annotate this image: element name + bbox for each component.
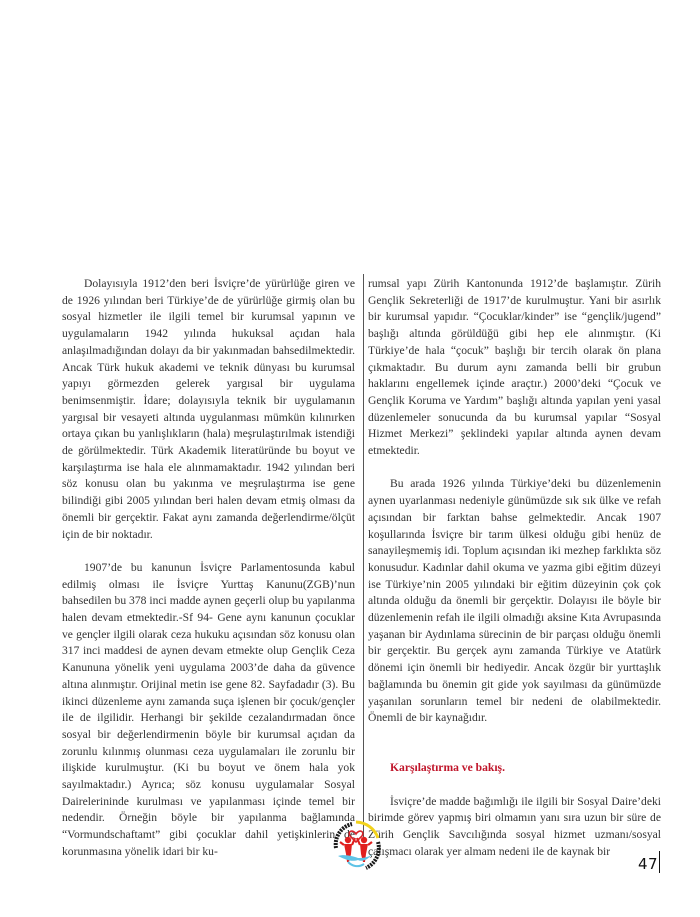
children-heart-dove-logo-icon: [328, 818, 384, 874]
paragraph-spacer: [368, 727, 661, 744]
paragraph-spacer: [368, 777, 661, 794]
paragraph-continued: rumsal yapı Zürih Kantonunda 1912’de baş…: [368, 276, 661, 460]
section-heading: Karşılaştırma ve bakış.: [368, 760, 661, 777]
column-divider: [363, 274, 364, 837]
page-number-rule: [659, 851, 660, 873]
paragraph: 1907’de bu kanunun İsviçre Parlamentosun…: [62, 560, 355, 861]
right-column: rumsal yapı Zürih Kantonunda 1912’de baş…: [368, 276, 661, 861]
paragraph: Dolayısıyla 1912’den beri İsviçre’de yür…: [62, 276, 355, 543]
paragraph: Bu arada 1926 yılında Türkiye’deki bu dü…: [368, 476, 661, 727]
left-column: Dolayısıyla 1912’den beri İsviçre’de yür…: [62, 276, 355, 861]
page-number: 47: [638, 855, 658, 873]
paragraph-spacer: [368, 460, 661, 477]
paragraph-spacer: [62, 543, 355, 560]
paragraph-spacer: [368, 744, 661, 761]
document-page: Dolayısıyla 1912’den beri İsviçre’de yür…: [0, 0, 700, 917]
paragraph: İsviçre’de madde bağımlığı ile ilgili bi…: [368, 794, 661, 861]
